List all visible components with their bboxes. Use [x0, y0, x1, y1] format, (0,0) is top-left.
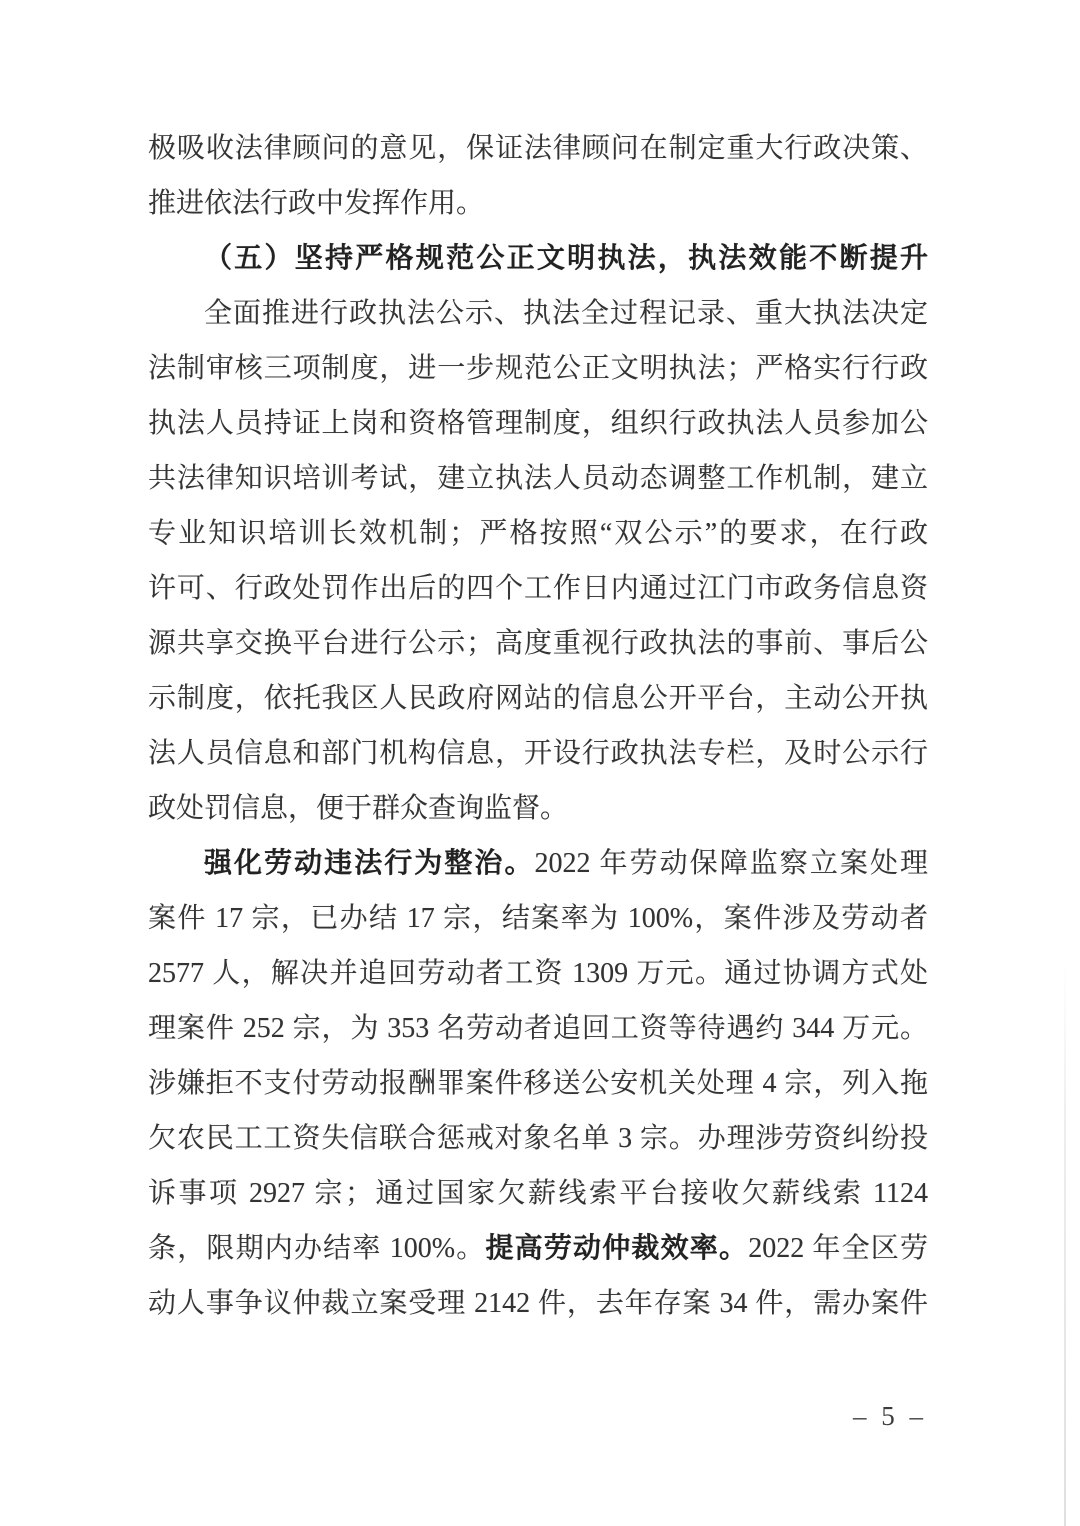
text-line: 许可、行政处罚作出后的四个工作日内通过江门市政务信息资: [148, 561, 928, 616]
text-line: 欠农民工工资失信联合惩戒对象名单 3 宗。办理涉劳资纠纷投: [148, 1111, 928, 1166]
text-segment: 2022 年全区劳: [748, 1233, 928, 1264]
text-segment: 执法人员持证上岗和资格管理制度，组织行政执法人员参加公: [148, 408, 928, 439]
text-segment: 法制审核三项制度，进一步规范公正文明执法；严格实行行政: [148, 353, 928, 384]
text-line: 法制审核三项制度，进一步规范公正文明执法；严格实行行政: [148, 341, 928, 396]
text-segment: 全面推进行政执法公示、执法全过程记录、重大执法决定: [204, 298, 928, 329]
text-line: 诉事项 2927 宗；通过国家欠薪线索平台接收欠薪线索 1124: [148, 1166, 928, 1221]
text-segment: 专业知识培训长效机制；严格按照“双公示”的要求，在行政: [148, 518, 928, 549]
text-line: 政处罚信息，便于群众查询监督。: [148, 781, 928, 836]
text-line: 涉嫌拒不支付劳动报酬罪案件移送公安机关处理 4 宗，列入拖: [148, 1056, 928, 1111]
text-segment: 政处罚信息，便于群众查询监督。: [148, 793, 568, 824]
text-line: 示制度，依托我区人民政府网站的信息公开平台，主动公开执: [148, 671, 928, 726]
text-segment: 极吸收法律顾问的意见，保证法律顾问在制定重大行政决策、: [148, 133, 928, 164]
text-segment: 推进依法行政中发挥作用。: [148, 188, 484, 219]
text-segment: 2577 人，解决并追回劳动者工资 1309 万元。通过协调方式处: [148, 958, 928, 989]
text-line: 极吸收法律顾问的意见，保证法律顾问在制定重大行政决策、: [148, 121, 928, 176]
text-line: 推进依法行政中发挥作用。: [148, 176, 928, 231]
text-segment: 示制度，依托我区人民政府网站的信息公开平台，主动公开执: [148, 683, 928, 714]
text-segment: 源共享交换平台进行公示；高度重视行政执法的事前、事后公: [148, 628, 928, 659]
text-segment: 条，限期内办结率 100%。: [148, 1233, 485, 1264]
text-line: 案件 17 宗，已办结 17 宗，结案率为 100%，案件涉及劳动者: [148, 891, 928, 946]
text-line: 理案件 252 宗，为 353 名劳动者追回工资等待遇约 344 万元。: [148, 1001, 928, 1056]
document-body: 极吸收法律顾问的意见，保证法律顾问在制定重大行政决策、推进依法行政中发挥作用。（…: [148, 121, 928, 1331]
text-segment: 诉事项 2927 宗；通过国家欠薪线索平台接收欠薪线索 1124: [148, 1178, 928, 1209]
page-number: – 5 –: [848, 1394, 928, 1438]
text-line: 法人员信息和部门机构信息，开设行政执法专栏，及时公示行: [148, 726, 928, 781]
bold-text-segment: 强化劳动违法行为整治。: [204, 848, 535, 879]
bold-text-segment: 提高劳动仲裁效率。: [485, 1233, 748, 1264]
text-segment: 理案件 252 宗，为 353 名劳动者追回工资等待遇约 344 万元。: [148, 1013, 928, 1044]
text-segment: 2022 年劳动保障监察立案处理: [535, 848, 929, 879]
text-segment: 涉嫌拒不支付劳动报酬罪案件移送公安机关处理 4 宗，列入拖: [148, 1068, 928, 1099]
text-segment: 共法律知识培训考试，建立执法人员动态调整工作机制，建立: [148, 463, 928, 494]
text-line: 动人事争议仲裁立案受理 2142 件，去年存案 34 件，需办案件: [148, 1276, 928, 1331]
text-segment: 动人事争议仲裁立案受理 2142 件，去年存案 34 件，需办案件: [148, 1288, 928, 1319]
text-line: 专业知识培训长效机制；严格按照“双公示”的要求，在行政: [148, 506, 928, 561]
text-line: 执法人员持证上岗和资格管理制度，组织行政执法人员参加公: [148, 396, 928, 451]
bold-text-segment: （五）坚持严格规范公正文明执法，执法效能不断提升: [204, 243, 928, 274]
text-line: 全面推进行政执法公示、执法全过程记录、重大执法决定: [148, 286, 928, 341]
text-segment: 欠农民工工资失信联合惩戒对象名单 3 宗。办理涉劳资纠纷投: [148, 1123, 928, 1154]
document-page: 极吸收法律顾问的意见，保证法律顾问在制定重大行政决策、推进依法行政中发挥作用。（…: [0, 0, 1080, 1526]
text-segment: 许可、行政处罚作出后的四个工作日内通过江门市政务信息资: [148, 573, 928, 604]
text-line: 共法律知识培训考试，建立执法人员动态调整工作机制，建立: [148, 451, 928, 506]
text-line: 源共享交换平台进行公示；高度重视行政执法的事前、事后公: [148, 616, 928, 671]
text-line: 条，限期内办结率 100%。提高劳动仲裁效率。2022 年全区劳: [148, 1221, 928, 1276]
text-line: 2577 人，解决并追回劳动者工资 1309 万元。通过协调方式处: [148, 946, 928, 1001]
text-segment: 案件 17 宗，已办结 17 宗，结案率为 100%，案件涉及劳动者: [148, 903, 928, 934]
text-segment: 法人员信息和部门机构信息，开设行政执法专栏，及时公示行: [148, 738, 928, 769]
text-line: 强化劳动违法行为整治。2022 年劳动保障监察立案处理: [148, 836, 928, 891]
section-heading: （五）坚持严格规范公正文明执法，执法效能不断提升: [148, 231, 928, 286]
scan-artifact-line: [1064, 960, 1066, 1526]
